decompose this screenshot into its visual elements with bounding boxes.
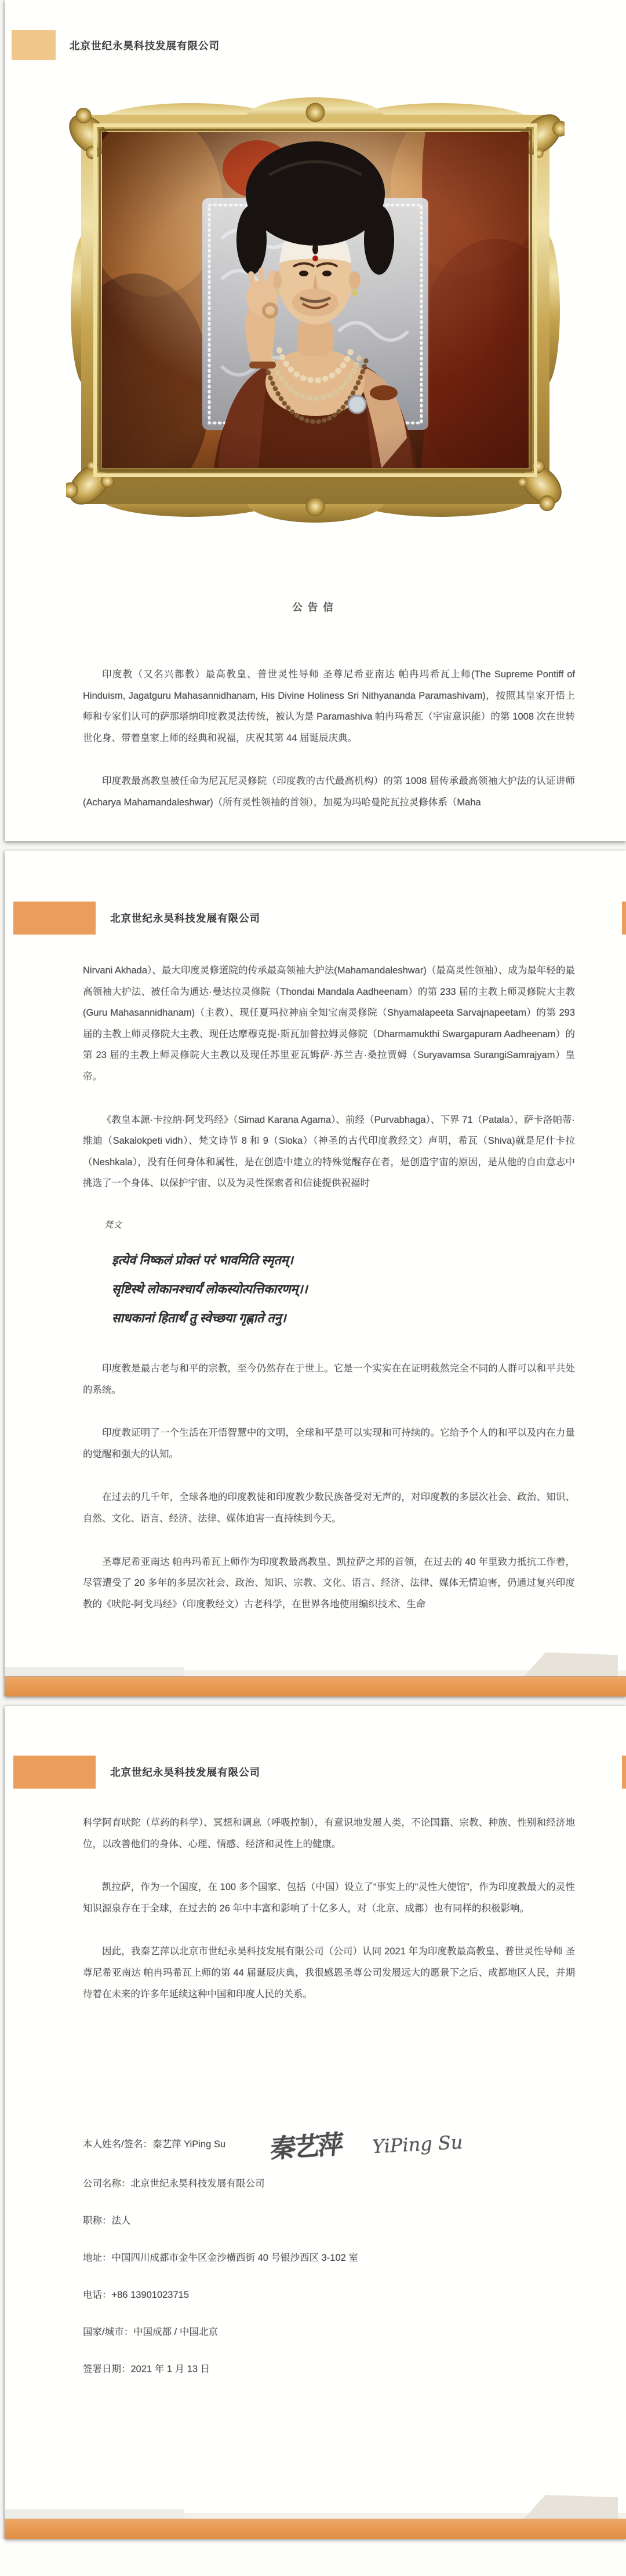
footer-orange-band	[5, 2519, 626, 2539]
signature-name-label: 本人姓名/签名：秦艺萍 YiPing Su	[83, 2134, 225, 2155]
company-header: 北京世纪永昊科技发展有限公司	[5, 1756, 626, 1789]
sanskrit-line: साधकानां हितार्थं तु स्वेच्छया गृह्णाते …	[112, 1304, 626, 1333]
paragraph: 科学阿育吠陀（草药的科学）、冥想和调息（呼吸控制），有意识地发展人类，不论国籍、…	[83, 1812, 575, 1855]
company-logo-block	[12, 30, 56, 60]
company-name: 北京世纪永昊科技发展有限公司	[70, 38, 220, 53]
page-footer-decoration	[5, 2486, 626, 2539]
page-1: 北京世纪永昊科技发展有限公司	[5, 0, 626, 841]
footer-left-shape	[5, 1667, 184, 1677]
header-edge-mark	[622, 902, 626, 935]
company-header: 北京世纪永昊科技发展有限公司	[5, 902, 626, 935]
paragraph: 圣尊尼希亚南达 帕冉玛希瓦上师作为印度教最高教皇、凯拉萨之邦的首领，在过去的 4…	[83, 1552, 575, 1615]
company-name: 北京世纪永昊科技发展有限公司	[110, 1765, 260, 1779]
page-gap	[0, 841, 626, 851]
letter-title: 公告信	[5, 600, 626, 614]
date-line: 签署日期：2021 年 1 月 13 日	[83, 2359, 575, 2380]
page-footer-decoration	[5, 1643, 626, 1696]
paragraph: 凯拉萨，作为一个国度，在 100 多个国家、包括（中国）设立了“事实上的”灵性大…	[83, 1877, 575, 1919]
page-2: 北京世纪永昊科技发展有限公司 Nirvani Akhada）、最大印度灵修道院的…	[5, 851, 626, 1696]
sanskrit-label: 梵文	[104, 1218, 626, 1231]
company-name: 北京世纪永昊科技发展有限公司	[110, 911, 260, 925]
handwritten-signature-en: YiPing Su	[372, 2131, 463, 2158]
company-logo-block	[13, 1756, 96, 1789]
portrait-photo	[66, 88, 565, 530]
paragraph: 《教皇本源·卡拉纳·阿戈玛经》（Simad Karana Agama）、前经（P…	[83, 1110, 575, 1194]
framed-portrait-graphic	[66, 88, 565, 530]
paragraph: 印度教（又名兴都教）最高教皇、普世灵性导师 圣尊尼希亚南达 帕冉玛希瓦上师(Th…	[83, 664, 575, 749]
paragraph: 印度教证明了一个生活在开悟智慧中的文明，全球和平是可以实现和可持续的。它给予个人…	[83, 1422, 575, 1465]
paragraph: 印度教是最古老与和平的宗教，至今仍然存在于世上。它是一个实实在在证明截然完全不同…	[83, 1358, 575, 1400]
sanskrit-verse: इत्येवं निष्कलं प्रोक्तं परं भावमिति स्म…	[112, 1246, 626, 1333]
company-logo-block	[13, 902, 96, 935]
phone-line: 电话：+86 13901023715	[83, 2285, 575, 2306]
sanskrit-line: इत्येवं निष्कलं प्रोक्तं परं भावमिति स्म…	[112, 1246, 626, 1275]
signature-row: 本人姓名/签名：秦艺萍 YiPing Su 秦艺萍 YiPing Su	[83, 2123, 626, 2165]
role-line: 职称：法人	[83, 2210, 575, 2232]
company-header: 北京世纪永昊科技发展有限公司	[5, 0, 626, 60]
footer-left-shape	[5, 2509, 184, 2519]
paragraph: Nirvani Akhada）、最大印度灵修道院的传承最高领袖大护法(Maham…	[83, 960, 575, 1088]
header-edge-mark	[622, 1756, 626, 1789]
background-bottom	[0, 2539, 626, 2576]
footer-orange-band	[5, 1677, 626, 1696]
page-3: 北京世纪永昊科技发展有限公司 科学阿育吠陀（草药的科学）、冥想和调息（呼吸控制）…	[5, 1706, 626, 2539]
handwritten-signature-cn: 秦艺萍	[270, 2123, 343, 2166]
paragraph: 因此，我秦艺萍以北京市世纪永昊科技发展有限公司（公司）认同 2021 年为印度教…	[83, 1941, 575, 2005]
address-line: 地址：中国四川成都市金牛区金沙横西街 40 号银沙西区 3-102 室	[83, 2247, 575, 2269]
sanskrit-line: सृष्टिस्थे लोकानश्चार्यं लोकस्योत्पत्तिक…	[112, 1275, 626, 1304]
company-line: 公司名称：北京世纪永昊科技发展有限公司	[83, 2173, 575, 2195]
location-line: 国家/城市：中国成都 / 中国北京	[83, 2322, 575, 2343]
paragraph: 在过去的几千年，全球各地的印度教徒和印度教少数民族备受对无声的，对印度教的多层次…	[83, 1487, 575, 1529]
paragraph: 印度教最高教皇被任命为尼瓦尼灵修院（印度教的古代最高机构）的第 1008 届传承…	[83, 771, 575, 813]
page-gap	[0, 1696, 626, 1706]
